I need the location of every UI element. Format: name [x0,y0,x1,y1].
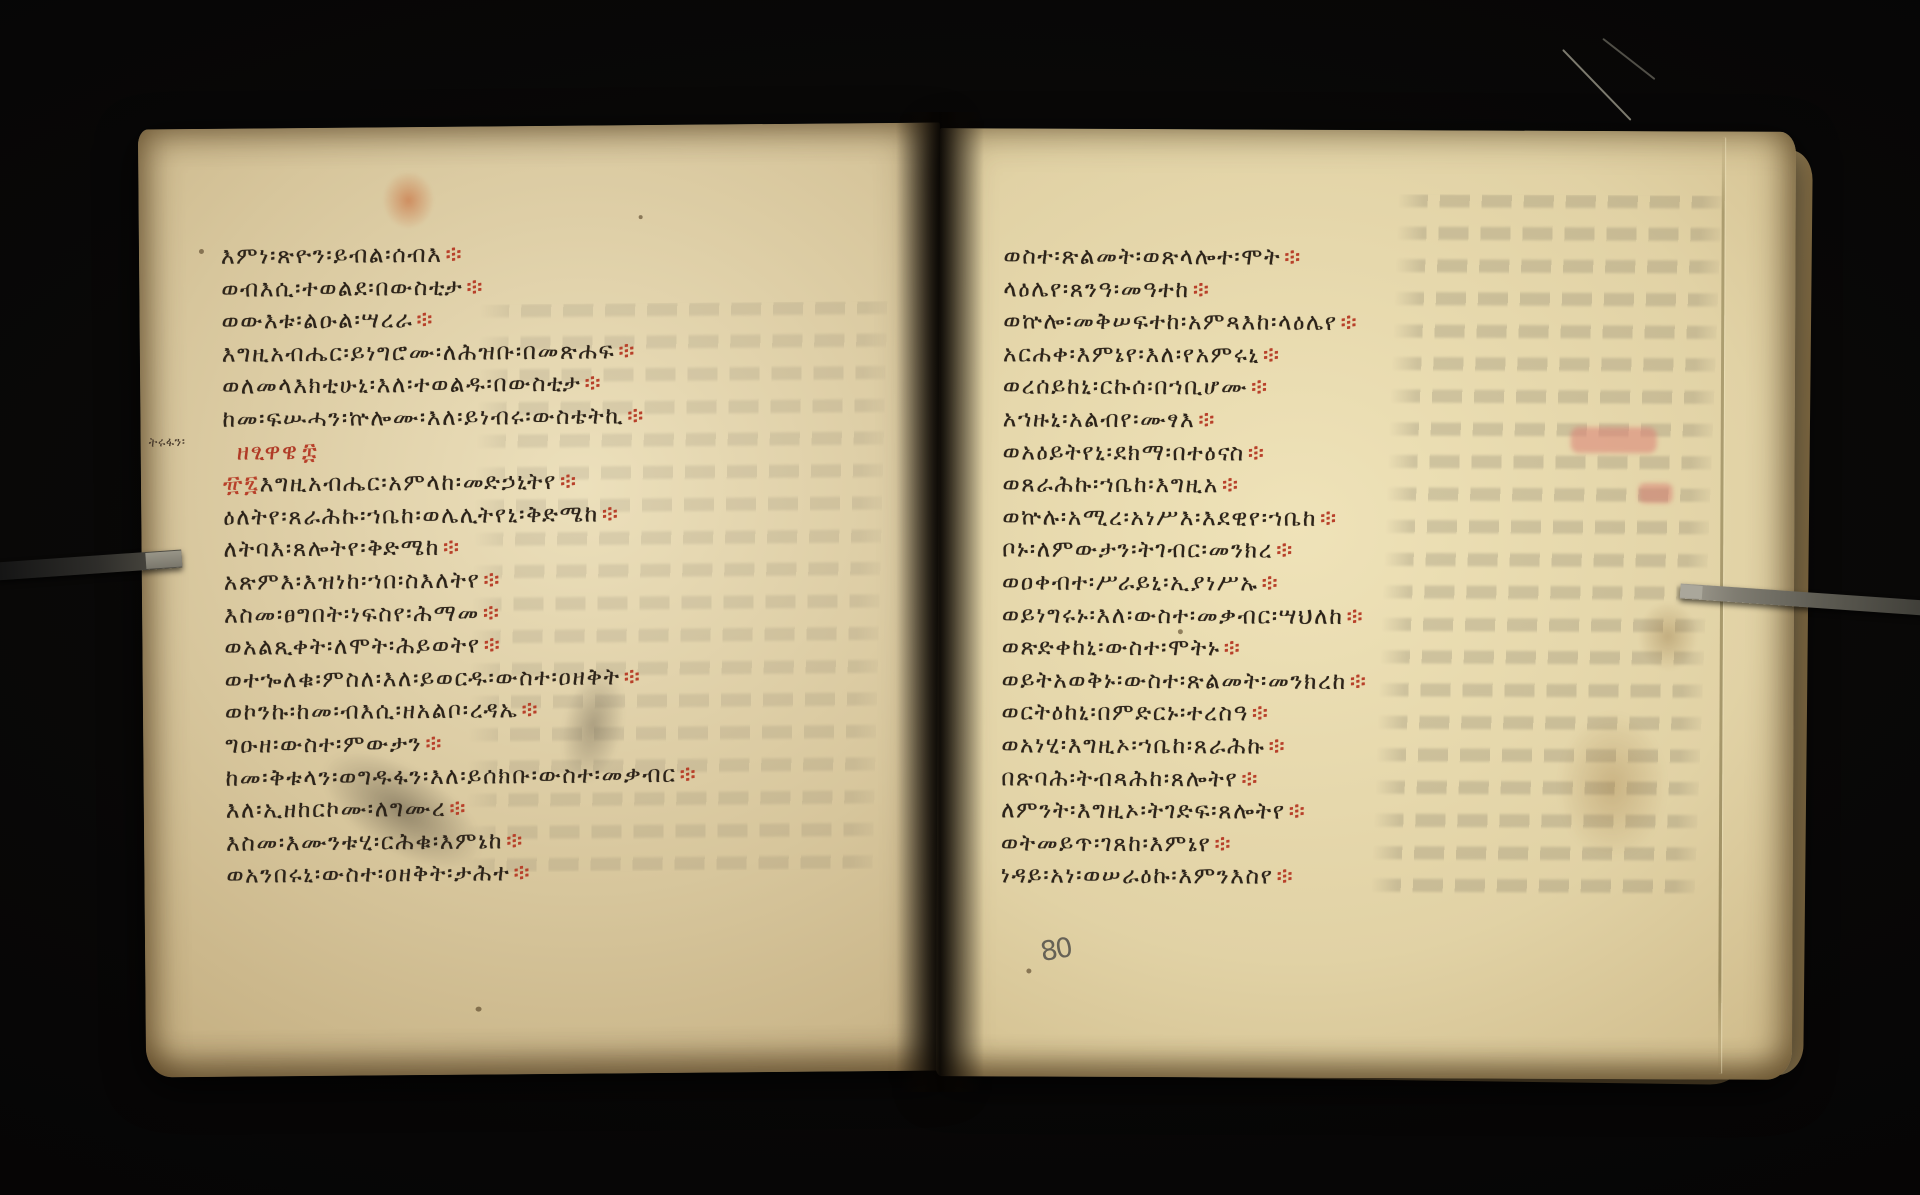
rubric-section-mark: ፨ [679,761,697,787]
line-text: ወኵሎ፡መቅሠፍተከ፡አምጻእከ፡ላዕሌየ [1003,309,1337,336]
rubric-section-mark: ፨ [449,796,467,822]
left-page: ትሩፋን፡ እምነ፡ጽዮን፡ይብል፡ሰብእ፨ወብእሲ፡ተወልደ፡በውስቲታ፨ወው… [138,123,948,1078]
rubric-section-mark: ፨ [1340,310,1358,336]
rubric-section-mark: ፨ [445,242,463,268]
line-text: ላዕሌየ፡ጸንዓ፡መዓተከ [1003,276,1190,303]
line-text: ወለመላእክቲሁኒ፡እለ፡ተወልዱ፡በውስቲታ [222,371,582,400]
text-line: ግዑዘ፡ውስተ፡ምውታን፨ [225,726,697,763]
text-line: እስመ፡ፀግበት፡ነፍስየ፡ሕማመ፨ [224,595,696,632]
rubric-section-mark: ፨ [1347,603,1365,629]
rubric-section-mark: ፨ [1276,538,1294,564]
text-line: ወጽድቀከኒ፡ውስተ፡ሞትኑ፨ [1002,632,1368,666]
text-line: ወውእቱ፡ልዑል፡ሣረራ፨ [221,302,693,339]
speck [639,215,643,219]
line-text: ወትመይጥ፡ገጸከ፡እምኔየ [1001,830,1212,857]
text-line: ወለመላእክቲሁኒ፡እለ፡ተወልዱ፡በውስቲታ፨ [222,367,694,404]
rubric-section-mark: ፨ [1262,570,1280,596]
text-line: ፹፯እግዚአብሔር፡አምላከ፡መድኃኒትየ፨ [223,465,695,502]
line-text: እግዚአብሔር፡ይነግሮሙ፡ለሕዝቡ፡በመጽሐፍ [222,338,616,367]
rubric-section-mark: ፨ [1193,277,1211,303]
line-text: እስመ፡ፀግበት፡ነፍስየ፡ሕማመ [224,600,480,628]
rubric-section-mark: ፨ [602,501,620,527]
clamp-tip [145,551,182,569]
line-text: ወጽድቀከኒ፡ውስተ፡ሞትኑ [1002,635,1221,662]
line-text: አኀዙኒ፡አልብየ፡ሙፃእ [1003,406,1196,433]
bleed-through-rubric-ghost [1638,483,1672,503]
text-line: እለ፡ኢዘከርኮሙ፡ለግሙረ፨ [226,791,698,828]
rubric-section-mark: ፨ [1214,831,1232,857]
line-text: ቦኑ፡ለምውታን፡ትገብር፡መንክረ [1002,537,1273,564]
rubric-section-mark: ፨ [1289,799,1307,825]
rubric-section-mark: ፨ [425,731,443,757]
text-line: ወተኈለቁ፡ምስለ፡እለ፡ይወርዱ፡ውስተ፡ዐዘቅት፨ [225,660,697,697]
fore-edge-crease [1718,138,1725,1074]
text-line: አኀዙኒ፡አልብየ፡ሙፃእ፨ [1003,403,1369,437]
text-line: ለትባእ፡ጸሎትየ፡ቅድሜከ፨ [223,530,695,567]
line-text: አርሐቀ፡እምኔየ፡እለ፡የአምሩኒ [1003,341,1260,368]
rubric-section-mark: ፨ [484,632,502,658]
margin-note: ትሩፋን፡ [148,435,185,451]
line-text: እስመ፡እሙንቱሂ፡ርሕቁ፡እምኔከ [226,828,503,856]
text-line: ለምንት፡እግዚኦ፡ትገድፍ፡ጸሎትየ፨ [1001,795,1367,829]
right-page-text: ወስተ፡ጽልመት፡ወጽላሎተ፡ሞት፨ላዕሌየ፡ጸንዓ፡መዓተከ፨ወኵሎ፡መቅሠፍ… [1001,240,1370,893]
line-text: ወይነግሩኑ፡እለ፡ውስተ፡መቃብር፡ሣህለከ [1002,602,1344,629]
text-line: እምነ፡ጽዮን፡ይብል፡ሰብእ፨ [221,237,693,274]
text-line: ወኵሉ፡አሚረ፡አነሥእ፡እደዊየ፡ኀቤከ፨ [1002,501,1368,535]
photograph-stage: ትሩፋን፡ እምነ፡ጽዮን፡ይብል፡ሰብእ፨ወብእሲ፡ተወልደ፡በውስቲታ፨ወው… [0,0,1920,1195]
text-line: ዕለትየ፡ጸራሕኩ፡ኀቤከ፡ወሌሊትየኒ፡ቅድሜከ፨ [223,497,695,534]
rubric-section-mark: ፨ [560,469,578,495]
text-line: ከመ፡ፍሡሓን፡ኵሎሙ፡እለ፡ይነብሩ፡ውስቴትኪ፨ [222,400,694,437]
rubric-section-mark: ፨ [1284,245,1302,271]
right-page: ወስተ፡ጽልመት፡ወጽላሎተ፡ሞት፨ላዕሌየ፡ጸንዓ፡መዓተከ፨ወኵሎ፡መቅሠፍ… [936,128,1796,1080]
rubric-section-mark: ፨ [513,860,531,886]
line-text: ወአዕይትየኒ፡ደክማ፡በተዕናስ [1003,439,1245,466]
rubric-section-mark: ፨ [1320,506,1338,532]
rubric-heading-line: ዘፂዋዌ፰ [223,432,695,469]
brown-stain [1638,601,1698,671]
rubric-section-mark: ፨ [618,338,636,364]
line-text: ወይትአወቅኑ፡ውስተ፡ጽልመት፡መንክረከ [1002,667,1347,695]
line-text: ወአነሂ፡እግዚኦ፡ኀቤከ፡ጸራሕኩ [1001,732,1265,759]
line-text: እግዚአብሔር፡አምላከ፡መድኃኒትየ [260,469,557,498]
orange-stain [382,171,435,229]
text-line: ወአንበሩኒ፡ውስተ፡ዐዘቅት፡ታሕተ፨ [226,856,698,893]
text-line: ወኵሎ፡መቅሠፍተከ፡አምጻእከ፡ላዕሌየ፨ [1003,306,1369,340]
rubric-section-mark: ፨ [624,664,642,690]
rubric-section-mark: ፨ [506,828,524,854]
text-line: ወዐቀብተ፡ሥራይኒ፡ኢያነሥኡ፨ [1002,566,1368,600]
line-text: ለትባእ፡ጸሎትየ፡ቅድሜከ [223,535,440,563]
dust-hair [1562,49,1631,121]
text-line: ወብእሲ፡ተወልደ፡በውስቲታ፨ [221,269,693,306]
rubric-section-mark: ፨ [627,403,645,429]
line-text: ወጸራሕኩ፡ኀቤከ፡እግዚአ [1002,472,1218,499]
bleed-through-text-ghost [1371,194,1728,895]
text-line: ነዳይ፡አነ፡ወሠራዕኩ፡እምንእስየ፨ [1001,860,1367,894]
text-line: ወትመይጥ፡ገጸከ፡እምኔየ፨ [1001,827,1367,861]
rubric-section-mark: ፨ [1198,407,1216,433]
rubric-section-mark: ፨ [1251,375,1269,401]
text-line: አርሐቀ፡እምኔየ፡እለ፡የአምሩኒ፨ [1003,338,1369,372]
text-line: ከመ፡ቅቱላን፡ወግዱፋን፡እለ፡ይሰክቡ፡ውስተ፡መቃብር፨ [225,758,697,795]
rubric-section-mark: ፨ [1248,440,1266,466]
line-text: ወኵሉ፡አሚረ፡አነሥእ፡እደዊየ፡ኀቤከ [1002,504,1317,531]
pencil-page-number: 80 [1038,932,1073,968]
clamp-tip [1680,584,1703,599]
line-text: ወብእሲ፡ተወልደ፡በውስቲታ [221,274,463,302]
brown-stain [1557,711,1668,861]
text-line: ቦኑ፡ለምውታን፡ትገብር፡መንክረ፨ [1002,534,1368,568]
rubric-section-mark: ፨ [1350,669,1368,695]
bleed-through-rubric-ghost [1571,427,1657,453]
text-line: ወኮንኩ፡ከመ፡ብእሲ፡ዘአልቦ፡ረዳኤ፨ [225,693,697,730]
rubric-section-mark: ፨ [1224,636,1242,662]
rubric-section-mark: ፰ [302,439,319,465]
text-line: ወይትአወቅኑ፡ውስተ፡ጽልመት፡መንክረከ፨ [1002,664,1368,698]
text-line: ወአዕይትየኒ፡ደክማ፡በተዕናስ፨ [1003,436,1369,470]
text-line: ላዕሌየ፡ጸንዓ፡መዓተከ፨ [1003,273,1369,307]
rubric-section-mark: ፨ [1241,766,1259,792]
line-text: ወስተ፡ጽልመት፡ወጽላሎተ፡ሞት [1003,243,1281,270]
line-text: ወአልጺቀት፡ለሞት፡ሕይወትየ [224,633,480,661]
speck [1026,969,1031,974]
line-text: እለ፡ኢዘከርኮሙ፡ለግሙረ [226,796,447,824]
text-line: ወርትዕከኒ፡በምድርኑ፡ተረስዓ፨ [1001,697,1367,731]
rubric-section-mark: ፨ [1276,864,1294,890]
line-text: እምነ፡ጽዮን፡ይብል፡ሰብእ [221,242,443,270]
text-line: በጽባሕ፡ትብጻሕከ፡ጸሎትየ፨ [1001,762,1367,796]
text-line: ወጸራሕኩ፡ኀቤከ፡እግዚአ፨ [1002,469,1368,503]
rubric-section-mark: ፨ [483,600,501,626]
line-text: ግዑዘ፡ውስተ፡ምውታን [225,731,422,759]
rubric-section-mark: ፨ [466,274,484,300]
line-text: ዘፂዋዌ [237,439,299,466]
line-text: ከመ፡ቅቱላን፡ወግዱፋን፡እለ፡ይሰክቡ፡ውስተ፡መቃብር [225,761,676,791]
rubric-section-mark: ፨ [584,371,602,397]
text-line: እስመ፡እሙንቱሂ፡ርሕቁ፡እምኔከ፨ [226,823,698,860]
rubric-section-mark: ፨ [1252,701,1270,727]
line-text: በጽባሕ፡ትብጻሕከ፡ጸሎትየ [1001,765,1238,792]
left-page-text: እምነ፡ጽዮን፡ይብል፡ሰብእ፨ወብእሲ፡ተወልደ፡በውስቲታ፨ወውእቱ፡ልዑል… [221,237,698,893]
rubric-section-mark: ፨ [1263,342,1281,368]
line-text: ወአንበሩኒ፡ውስተ፡ዐዘቅት፡ታሕተ [226,861,510,889]
text-line: አጽምእ፡እዝነከ፡ኀበ፡ስእለትየ፨ [224,563,696,600]
text-line: እግዚአብሔር፡ይነግሮሙ፡ለሕዝቡ፡በመጽሐፍ፨ [222,334,694,371]
speck [199,249,204,254]
rubric-section-mark: ፨ [416,307,434,333]
line-text: ወተኈለቁ፡ምስለ፡እለ፡ይወርዱ፡ውስተ፡ዐዘቅት [225,664,621,693]
line-text: ወርትዕከኒ፡በምድርኑ፡ተረስዓ [1001,700,1248,727]
rubric-section-mark: ፨ [1268,733,1286,759]
rubric-section-mark: ፨ [443,535,461,561]
text-line: ወአነሂ፡እግዚኦ፡ኀቤከ፡ጸራሕኩ፨ [1001,729,1367,763]
line-text: ወዐቀብተ፡ሥራይኒ፡ኢያነሥኡ [1002,569,1259,596]
rubric-section-mark: ፨ [1222,473,1240,499]
line-text: ወውእቱ፡ልዑል፡ሣረራ [221,307,413,335]
rubric-section-mark: ፨ [521,697,539,723]
line-text: ወኮንኩ፡ከመ፡ብእሲ፡ዘአልቦ፡ረዳኤ [225,698,519,727]
line-text: ነዳይ፡አነ፡ወሠራዕኩ፡እምንእስየ [1001,863,1274,890]
speck [476,1007,482,1012]
text-line: ወስተ፡ጽልመት፡ወጽላሎተ፡ሞት፨ [1003,240,1369,274]
line-text: ከመ፡ፍሡሓን፡ኵሎሙ፡እለ፡ይነብሩ፡ውስቴትኪ [222,403,624,433]
text-line: ወይነግሩኑ፡እለ፡ውስተ፡መቃብር፡ሣህለከ፨ [1002,599,1368,633]
line-text: አጽምእ፡እዝነከ፡ኀበ፡ስእለትየ [224,567,481,595]
line-text: ዕለትየ፡ጸራሕኩ፡ኀቤከ፡ወሌሊትየኒ፡ቅድሜከ [223,501,599,530]
text-line: ወአልጺቀት፡ለሞት፡ሕይወትየ፨ [224,628,696,665]
text-line: ወረሰይከኒ፡ርኩሰ፡በኀቢሆሙ፨ [1003,371,1369,405]
dust-hair [1603,38,1656,80]
line-text: ለምንት፡እግዚኦ፡ትገድፍ፡ጸሎትየ [1001,798,1286,825]
line-text: ወረሰይከኒ፡ርኩሰ፡በኀቢሆሙ [1003,374,1248,401]
rubric-psalm-number: ፹፯ [223,472,260,498]
rubric-section-mark: ፨ [483,567,501,593]
